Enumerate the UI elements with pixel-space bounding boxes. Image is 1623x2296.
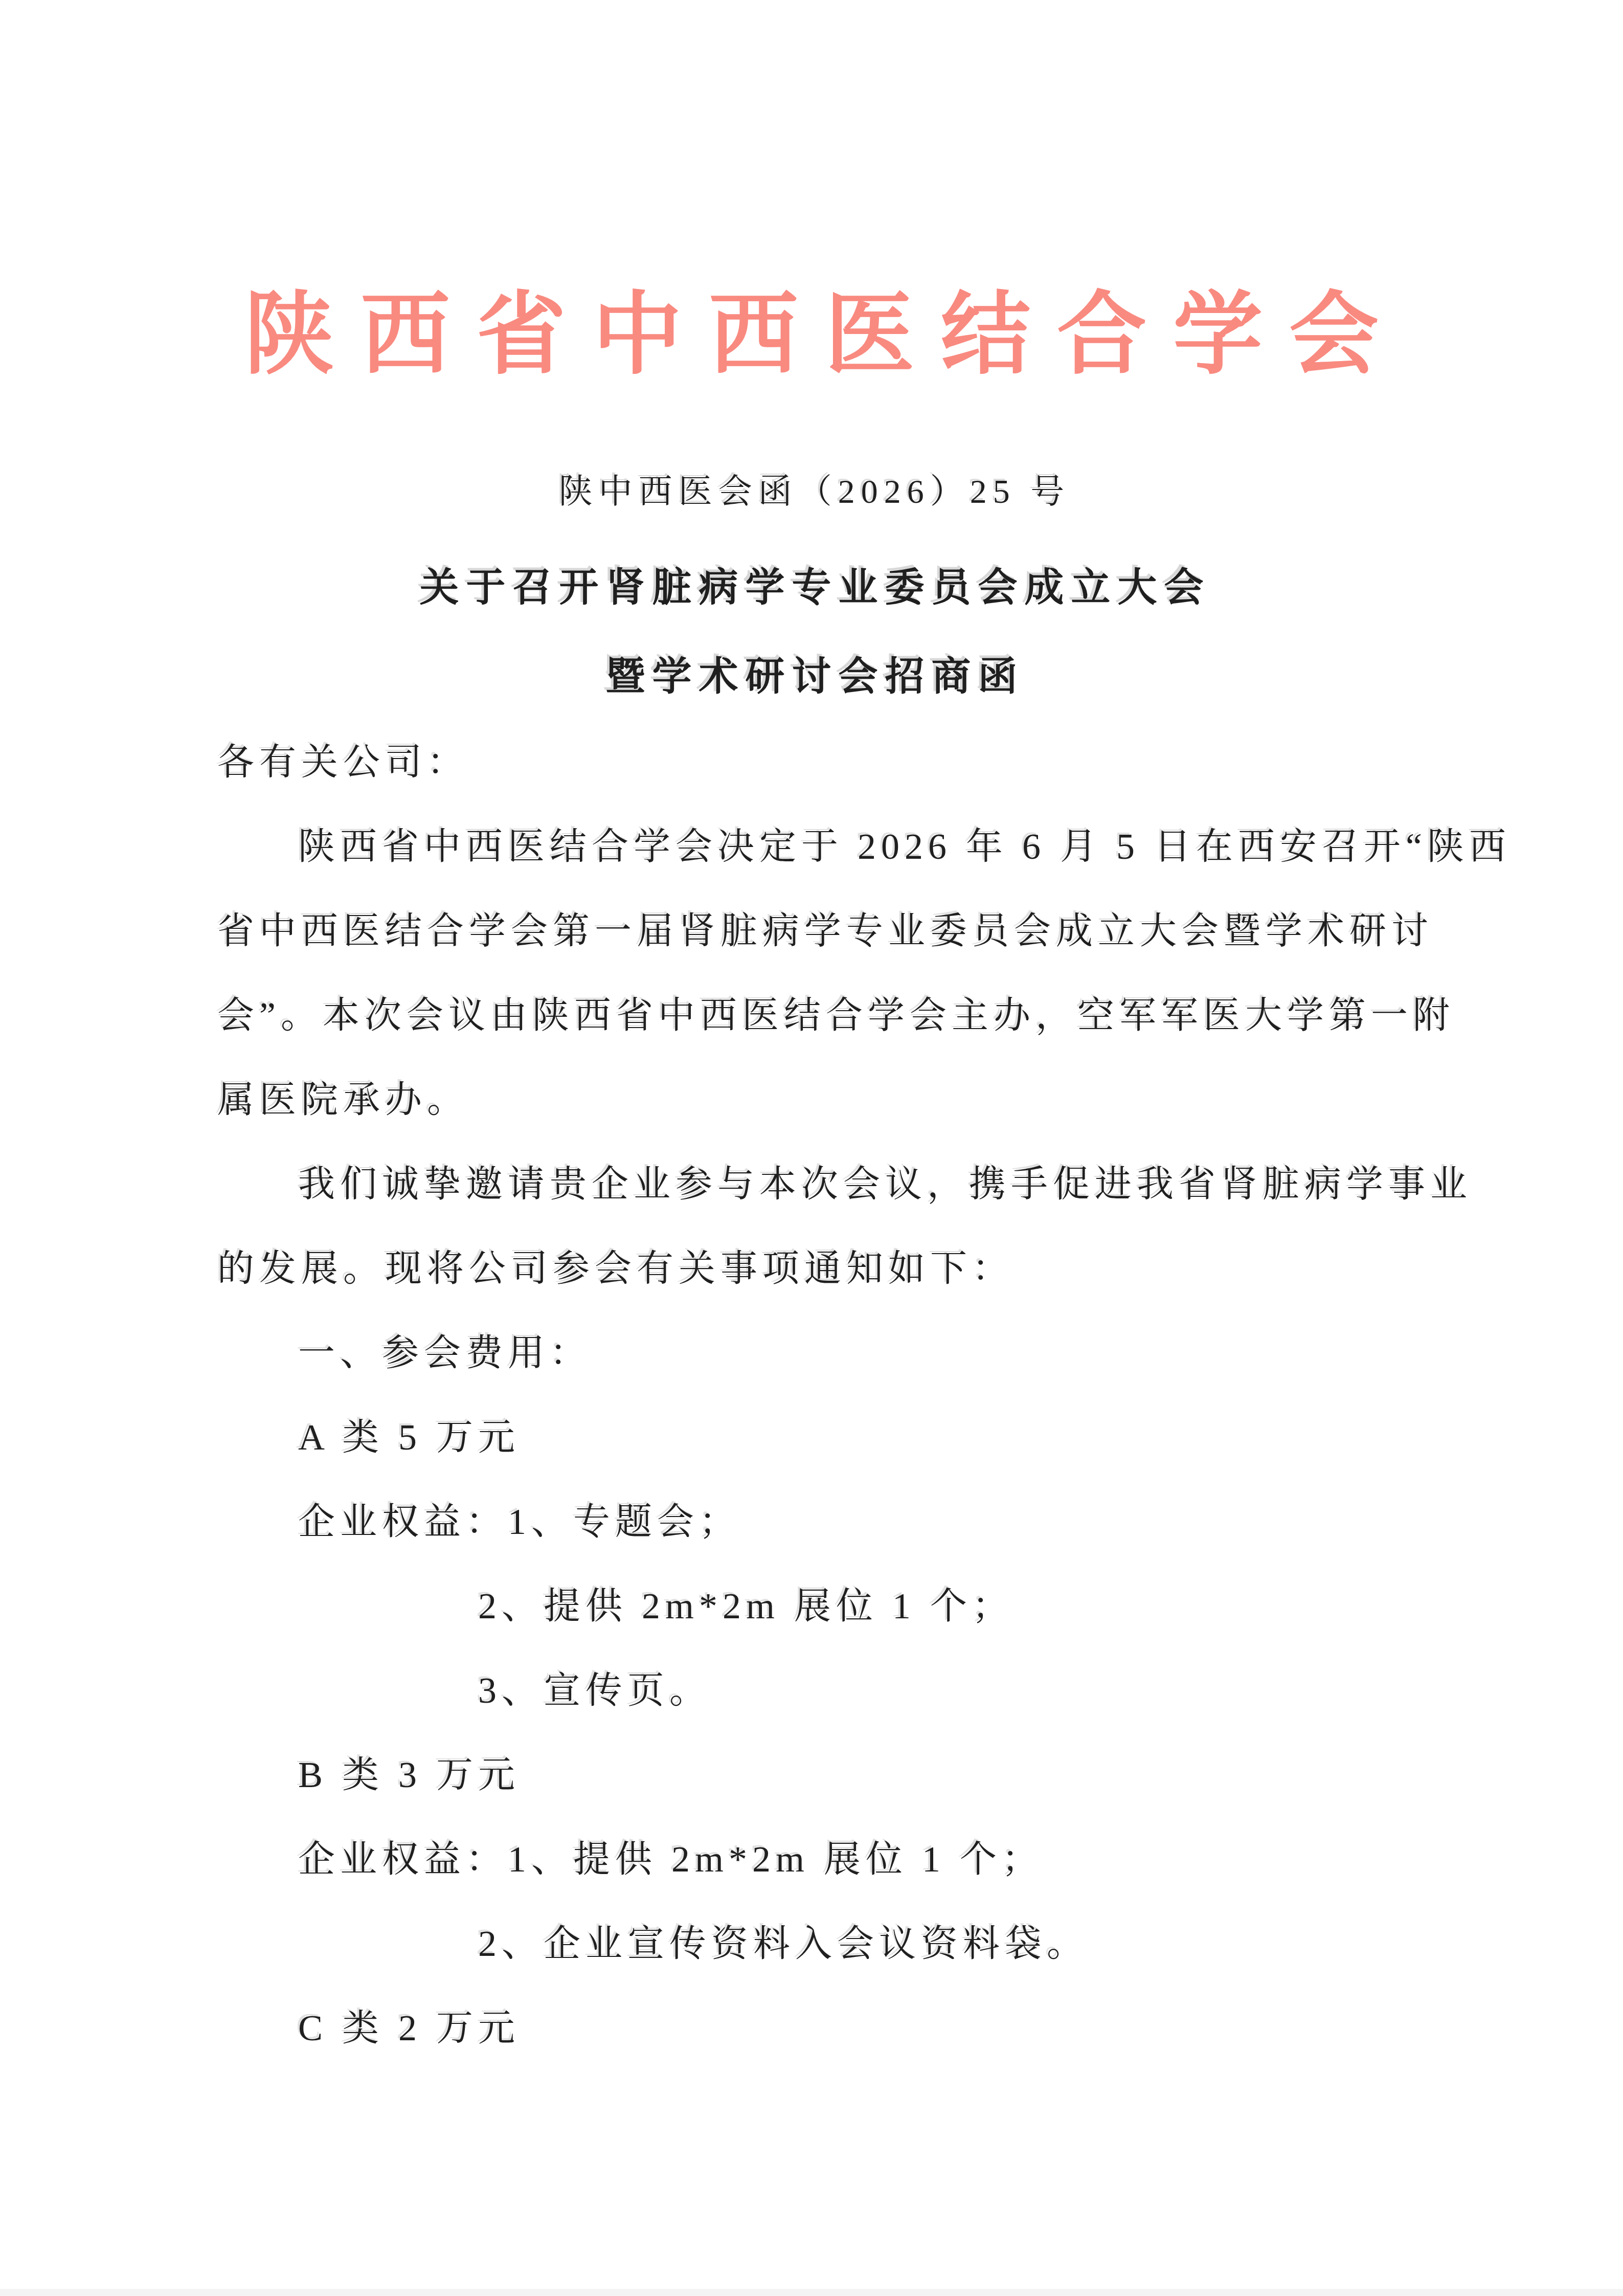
document-number: 陕中西医会函（2026）25 号 (0, 466, 1623, 518)
subject-title-line1: 关于召开肾脏病学专业委员会成立大会 (0, 560, 1623, 616)
body-line: 各有关公司： (217, 720, 1455, 805)
body-line: A 类 5 万元 (217, 1395, 1455, 1480)
body-line: 一、参会费用： (217, 1311, 1455, 1395)
body-line: 企业权益：1、专题会； (217, 1480, 1455, 1564)
subject-title-line2: 暨学术研讨会招商函 (0, 649, 1623, 705)
body-line: 3、宣传页。 (217, 1648, 1455, 1733)
body-line: 陕西省中西医结合学会决定于 2026 年 6 月 5 日在西安召开“陕西 (217, 805, 1455, 889)
body-line: 属医院承办。 (217, 1058, 1455, 1142)
body-line: 2、提供 2m*2m 展位 1 个； (217, 1564, 1455, 1648)
body-line: C 类 2 万元 (217, 1986, 1455, 2070)
organization-title: 陕西省中西医结合学会 (0, 276, 1623, 394)
body-line: 2、企业宣传资料入会议资料袋。 (217, 1902, 1455, 1986)
body-line: 的发展。现将公司参会有关事项通知如下： (217, 1227, 1455, 1311)
body-line: B 类 3 万元 (217, 1733, 1455, 1817)
scanned-letter-page: 陕西省中西医结合学会 陕中西医会函（2026）25 号 关于召开肾脏病学专业委员… (0, 0, 1623, 2296)
scan-edge-artifact (0, 2289, 1623, 2296)
body-line: 会”。本次会议由陕西省中西医结合学会主办，空军军医大学第一附 (217, 973, 1455, 1058)
body-line: 企业权益：1、提供 2m*2m 展位 1 个； (217, 1817, 1455, 1902)
body-lines: 各有关公司：陕西省中西医结合学会决定于 2026 年 6 月 5 日在西安召开“… (217, 720, 1455, 2070)
body-line: 省中西医结合学会第一届肾脏病学专业委员会成立大会暨学术研讨 (217, 889, 1455, 973)
body-line: 我们诚挚邀请贵企业参与本次会议，携手促进我省肾脏病学事业 (217, 1142, 1455, 1227)
